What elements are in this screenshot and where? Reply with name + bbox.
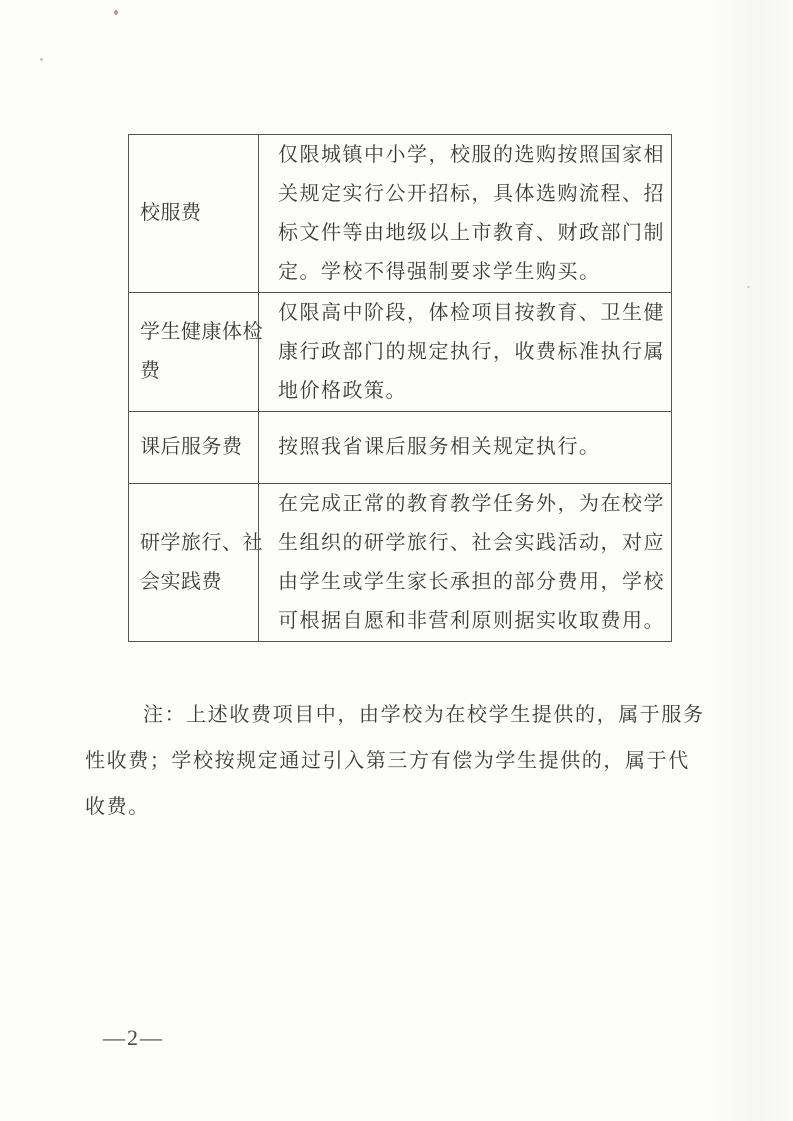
scan-speck bbox=[114, 10, 118, 15]
page-number: —2— bbox=[103, 1025, 164, 1051]
text-line: 生组织的研学旅行、社会实践活动，对应 bbox=[278, 524, 671, 563]
note-line: 性收费；学校按规定通过引入第三方有偿为学生提供的，属于代 bbox=[85, 738, 703, 784]
fee-name-cell: 校服费 bbox=[129, 135, 259, 292]
fee-description-cell: 在完成正常的教育教学任务外，为在校学 生组织的研学旅行、社会实践活动，对应 由学… bbox=[259, 484, 671, 641]
text-line: 可根据自愿和非营利原则据实收取费用。 bbox=[278, 602, 671, 641]
fee-name-text: 课后服务费 bbox=[140, 428, 258, 467]
fee-name-text: 会实践费 bbox=[140, 563, 258, 602]
fee-table: 校服费 仅限城镇中小学，校服的选购按照国家相 关规定实行公开招标，具体选购流程、… bbox=[128, 134, 672, 642]
scan-speck bbox=[747, 286, 750, 288]
note-line: 注：上述收费项目中，由学校为在校学生提供的，属于服务 bbox=[85, 692, 703, 738]
text-line: 标文件等由地级以上市教育、财政部门制 bbox=[278, 214, 671, 253]
fee-name-cell: 课后服务费 bbox=[129, 412, 259, 483]
document-page: 校服费 仅限城镇中小学，校服的选购按照国家相 关规定实行公开招标，具体选购流程、… bbox=[0, 0, 793, 1121]
fee-name-cell: 研学旅行、社 会实践费 bbox=[129, 484, 259, 641]
table-row-after-school-service-fee: 课后服务费 按照我省课后服务相关规定执行。 bbox=[129, 411, 671, 483]
note-line: 收费。 bbox=[85, 784, 703, 830]
fee-name-text: 费 bbox=[140, 352, 258, 391]
text-line: 定。学校不得强制要求学生购买。 bbox=[278, 253, 671, 292]
table-row-uniform-fee: 校服费 仅限城镇中小学，校服的选购按照国家相 关规定实行公开招标，具体选购流程、… bbox=[129, 135, 671, 292]
scan-speck bbox=[40, 58, 43, 61]
text-line: 关规定实行公开招标，具体选购流程、招 bbox=[278, 175, 671, 214]
text-line: 地价格政策。 bbox=[278, 372, 671, 411]
fee-description-cell: 按照我省课后服务相关规定执行。 bbox=[259, 412, 671, 483]
text-line: 由学生或学生家长承担的部分费用，学校 bbox=[278, 563, 671, 602]
text-line: 仅限城镇中小学，校服的选购按照国家相 bbox=[278, 136, 671, 175]
fee-description-cell: 仅限高中阶段，体检项目按教育、卫生健 康行政部门的规定执行，收费标准执行属 地价… bbox=[259, 293, 671, 411]
note-paragraph: 注：上述收费项目中，由学校为在校学生提供的，属于服务 性收费；学校按规定通过引入… bbox=[85, 692, 703, 830]
fee-name-cell: 学生健康体检 费 bbox=[129, 293, 259, 411]
fee-name-text: 校服费 bbox=[140, 194, 258, 233]
text-line: 按照我省课后服务相关规定执行。 bbox=[278, 428, 671, 467]
fee-name-text: 研学旅行、社 bbox=[140, 524, 258, 563]
fee-description-cell: 仅限城镇中小学，校服的选购按照国家相 关规定实行公开招标，具体选购流程、招 标文… bbox=[259, 135, 671, 292]
table-row-study-trip-fee: 研学旅行、社 会实践费 在完成正常的教育教学任务外，为在校学 生组织的研学旅行、… bbox=[129, 483, 671, 641]
text-line: 仅限高中阶段，体检项目按教育、卫生健 bbox=[278, 294, 671, 333]
table-row-health-check-fee: 学生健康体检 费 仅限高中阶段，体检项目按教育、卫生健 康行政部门的规定执行，收… bbox=[129, 292, 671, 411]
text-line: 康行政部门的规定执行，收费标准执行属 bbox=[278, 333, 671, 372]
fee-name-text: 学生健康体检 bbox=[140, 313, 258, 352]
text-line: 在完成正常的教育教学任务外，为在校学 bbox=[278, 485, 671, 524]
